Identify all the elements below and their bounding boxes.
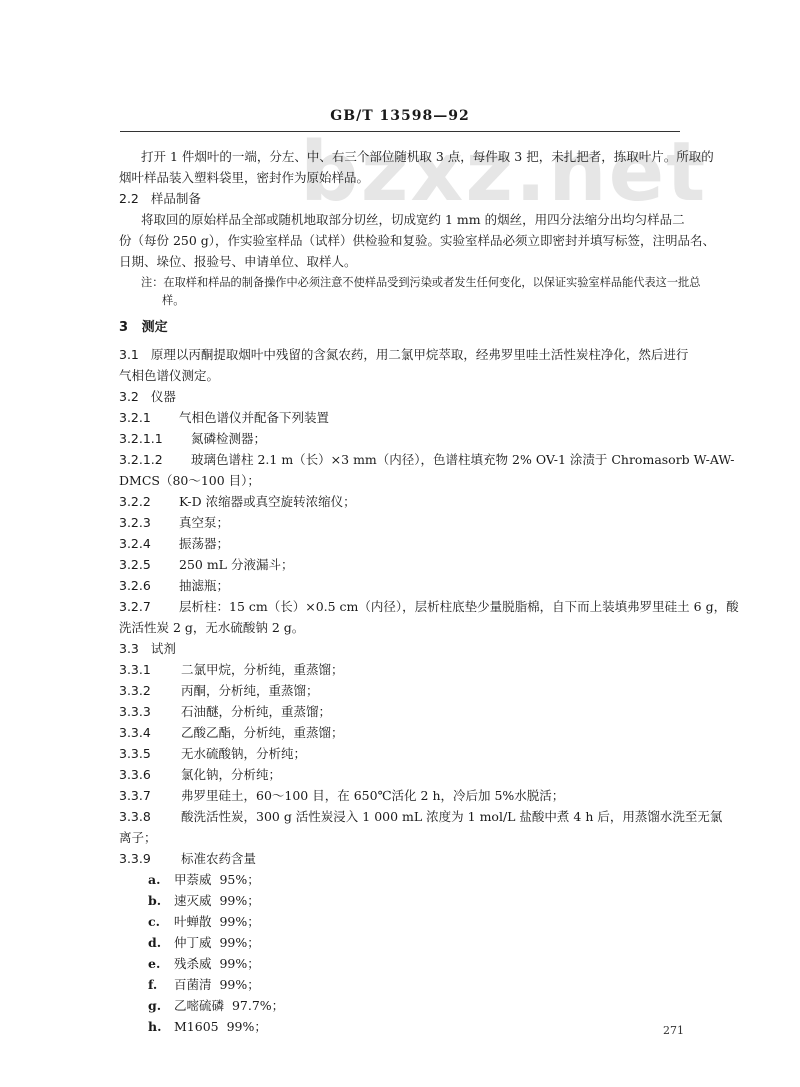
pesticide-name: 残杀威: [174, 956, 212, 971]
list-item: 3.2.2K-D 浓缩器或真空旋转浓缩仪；: [119, 494, 356, 510]
pesticide-purity: 99%；: [219, 956, 259, 971]
list-item: 3.3.1二氯甲烷，分析纯，重蒸馏；: [119, 662, 344, 678]
pesticide-purity: 99%；: [219, 977, 259, 992]
paragraph-line: 烟叶样品装入塑料袋里，密封作为原始样品。: [119, 170, 369, 186]
list-item: 3.3.6氯化钠，分析纯；: [119, 767, 281, 783]
pesticide-purity: 99%；: [219, 935, 259, 950]
pesticide-item: g.乙嘧硫磷 97.7%；: [148, 998, 284, 1014]
item-text: 氯化钠，分析纯；: [181, 767, 281, 782]
section-number: 3.1: [119, 347, 139, 363]
item-letter: g.: [148, 998, 174, 1014]
list-item: 3.2.1气相色谱仪并配备下列装置: [119, 410, 329, 426]
pesticide-name: 百菌清: [174, 977, 212, 992]
paragraph-text: 原理以丙酮提取烟叶中残留的含氮农药，用二氯甲烷萃取，经弗罗里哇土活性炭柱净化，然…: [151, 347, 689, 362]
item-text: 氮磷检测器；: [191, 431, 266, 446]
section-number: 3.3: [119, 641, 139, 657]
pesticide-item: c.叶蝉散 99%；: [148, 914, 260, 930]
item-letter: d.: [148, 935, 174, 951]
item-letter: e.: [148, 956, 174, 972]
item-number: 3.3.7: [119, 788, 181, 804]
page-number: 271: [663, 1024, 684, 1037]
standard-code-header: GB/T 13598—92: [120, 108, 680, 124]
list-item: 3.3.5无水硫酸钠，分析纯；: [119, 746, 306, 762]
section-number: 2.2: [119, 191, 139, 207]
section-title: 试剂: [151, 641, 176, 656]
header-divider: [120, 131, 680, 132]
item-number: 3.3.3: [119, 704, 181, 720]
section-heading-3-3: 3.3 试剂: [119, 641, 176, 657]
item-text: 弗罗里硅土，60～100 目，在 650℃活化 2 h，冷后加 5%水脱活；: [181, 788, 564, 803]
pesticide-item: a.甲萘威 95%；: [148, 872, 260, 888]
list-item-continuation: 离子；: [119, 830, 157, 846]
item-text: 振荡器；: [179, 536, 229, 551]
list-item-continuation: DMCS（80～100 目）；: [119, 473, 260, 489]
item-text: 层析柱：15 cm（长）×0.5 cm（内径），层析柱底垫少量脱脂棉，自下而上装…: [179, 599, 739, 614]
item-number: 3.2.7: [119, 599, 179, 615]
item-text: 250 mL 分液漏斗；: [179, 557, 293, 572]
section-number: 3.2: [119, 389, 139, 405]
pesticide-name: 甲萘威: [174, 872, 212, 887]
item-number: 3.3.4: [119, 725, 181, 741]
item-letter: c.: [148, 914, 174, 930]
pesticide-purity: 99%；: [219, 914, 259, 929]
item-text: 二氯甲烷，分析纯，重蒸馏；: [181, 662, 344, 677]
item-number: 3.3.9: [119, 851, 181, 867]
paragraph-line: 打开 1 件烟叶的一端，分左、中、右三个部位随机取 3 点，每件取 3 把，未扎…: [141, 149, 714, 165]
pesticide-purity: 95%；: [219, 872, 259, 887]
section-heading-3-2: 3.2 仪器: [119, 389, 176, 405]
item-number: 3.3.5: [119, 746, 181, 762]
list-item: 3.2.1.2玻璃色谱柱 2.1 m（长）×3 mm（内径），色谱柱填充物 2%…: [119, 452, 735, 468]
item-text: 真空泵；: [179, 515, 229, 530]
item-number: 3.2.1.1: [119, 431, 191, 447]
section-heading-3: 3 测定: [119, 320, 168, 336]
pesticide-name: 乙嘧硫磷: [174, 998, 224, 1013]
section-title: 仪器: [151, 389, 176, 404]
item-letter: h.: [148, 1019, 174, 1035]
item-text: 丙酮，分析纯，重蒸馏；: [181, 683, 319, 698]
paragraph-line: 气相色谱仪测定。: [119, 368, 219, 384]
list-item: 3.2.6抽滤瓶；: [119, 578, 229, 594]
item-number: 3.2.2: [119, 494, 179, 510]
note-line: 样。: [162, 293, 184, 309]
item-number: 3.3.8: [119, 809, 181, 825]
pesticide-name: 仲丁威: [174, 935, 212, 950]
list-item: 3.2.7层析柱：15 cm（长）×0.5 cm（内径），层析柱底垫少量脱脂棉，…: [119, 599, 739, 615]
item-text: 气相色谱仪并配备下列装置: [179, 410, 329, 425]
paragraph-line: 份（每份 250 g），作实验室样品（试样）供检验和复验。实验室样品必须立即密封…: [119, 233, 715, 249]
list-item: 3.3.2丙酮，分析纯，重蒸馏；: [119, 683, 319, 699]
section-number: 3: [119, 320, 128, 335]
list-item: 3.3.9标准农药含量: [119, 851, 256, 867]
pesticide-name: 速灭威: [174, 893, 212, 908]
pesticide-purity: 99%；: [227, 1019, 267, 1034]
note-line: 注：在取样和样品的制备操作中必须注意不使样品受到污染或者发生任何变化，以保证实验…: [141, 275, 700, 291]
list-item: 3.3.8酸洗活性炭，300 g 活性炭浸入 1 000 mL 浓度为 1 mo…: [119, 809, 722, 825]
item-number: 3.2.4: [119, 536, 179, 552]
item-text: 无水硫酸钠，分析纯；: [181, 746, 306, 761]
item-text: 酸洗活性炭，300 g 活性炭浸入 1 000 mL 浓度为 1 mol/L 盐…: [181, 809, 722, 824]
pesticide-item: b.速灭威 99%；: [148, 893, 260, 909]
item-number: 3.2.3: [119, 515, 179, 531]
item-number: 3.2.1: [119, 410, 179, 426]
pesticide-item: f.百菌清 99%；: [148, 977, 260, 993]
item-number: 3.3.6: [119, 767, 181, 783]
list-item: 3.2.1.1氮磷检测器；: [119, 431, 266, 447]
paragraph-line: 将取回的原始样品全部或随机地取部分切丝，切成宽约 1 mm 的烟丝，用四分法缩分…: [141, 212, 685, 228]
pesticide-name: M1605: [174, 1019, 219, 1034]
item-text: 玻璃色谱柱 2.1 m（长）×3 mm（内径），色谱柱填充物 2% OV-1 涂…: [191, 452, 735, 467]
pesticide-item: e.残杀威 99%；: [148, 956, 260, 972]
item-number: 3.2.1.2: [119, 452, 191, 468]
item-number: 3.3.1: [119, 662, 181, 678]
list-item: 3.2.4振荡器；: [119, 536, 229, 552]
item-text: 标准农药含量: [181, 851, 256, 866]
pesticide-purity: 97.7%；: [232, 998, 284, 1013]
pesticide-purity: 99%；: [219, 893, 259, 908]
item-letter: b.: [148, 893, 174, 909]
list-item: 3.3.7弗罗里硅土，60～100 目，在 650℃活化 2 h，冷后加 5%水…: [119, 788, 564, 804]
paragraph-line: 日期、垛位、报验号、申请单位、取样人。: [119, 254, 357, 270]
item-text: K-D 浓缩器或真空旋转浓缩仪；: [179, 494, 356, 509]
pesticide-item: d.仲丁威 99%；: [148, 935, 260, 951]
pesticide-name: 叶蝉散: [174, 914, 212, 929]
list-item: 3.2.5250 mL 分液漏斗；: [119, 557, 293, 573]
list-item-continuation: 洗活性炭 2 g，无水硫酸钠 2 g。: [119, 620, 304, 636]
list-item: 3.2.3真空泵；: [119, 515, 229, 531]
section-3-1: 3.1 原理以丙酮提取烟叶中残留的含氮农药，用二氯甲烷萃取，经弗罗里哇土活性炭柱…: [119, 347, 688, 363]
item-letter: f.: [148, 977, 174, 993]
item-letter: a.: [148, 872, 174, 888]
item-number: 3.2.6: [119, 578, 179, 594]
item-text: 石油醚，分析纯，重蒸馏；: [181, 704, 331, 719]
list-item: 3.3.4乙酸乙酯，分析纯，重蒸馏；: [119, 725, 344, 741]
item-text: 抽滤瓶；: [179, 578, 229, 593]
section-title: 测定: [142, 320, 168, 335]
list-item: 3.3.3石油醚，分析纯，重蒸馏；: [119, 704, 331, 720]
section-heading-2-2: 2.2 样品制备: [119, 191, 201, 207]
item-text: 乙酸乙酯，分析纯，重蒸馏；: [181, 725, 344, 740]
item-number: 3.2.5: [119, 557, 179, 573]
section-title: 样品制备: [151, 191, 201, 206]
item-number: 3.3.2: [119, 683, 181, 699]
pesticide-item: h.M1605 99%；: [148, 1019, 267, 1035]
